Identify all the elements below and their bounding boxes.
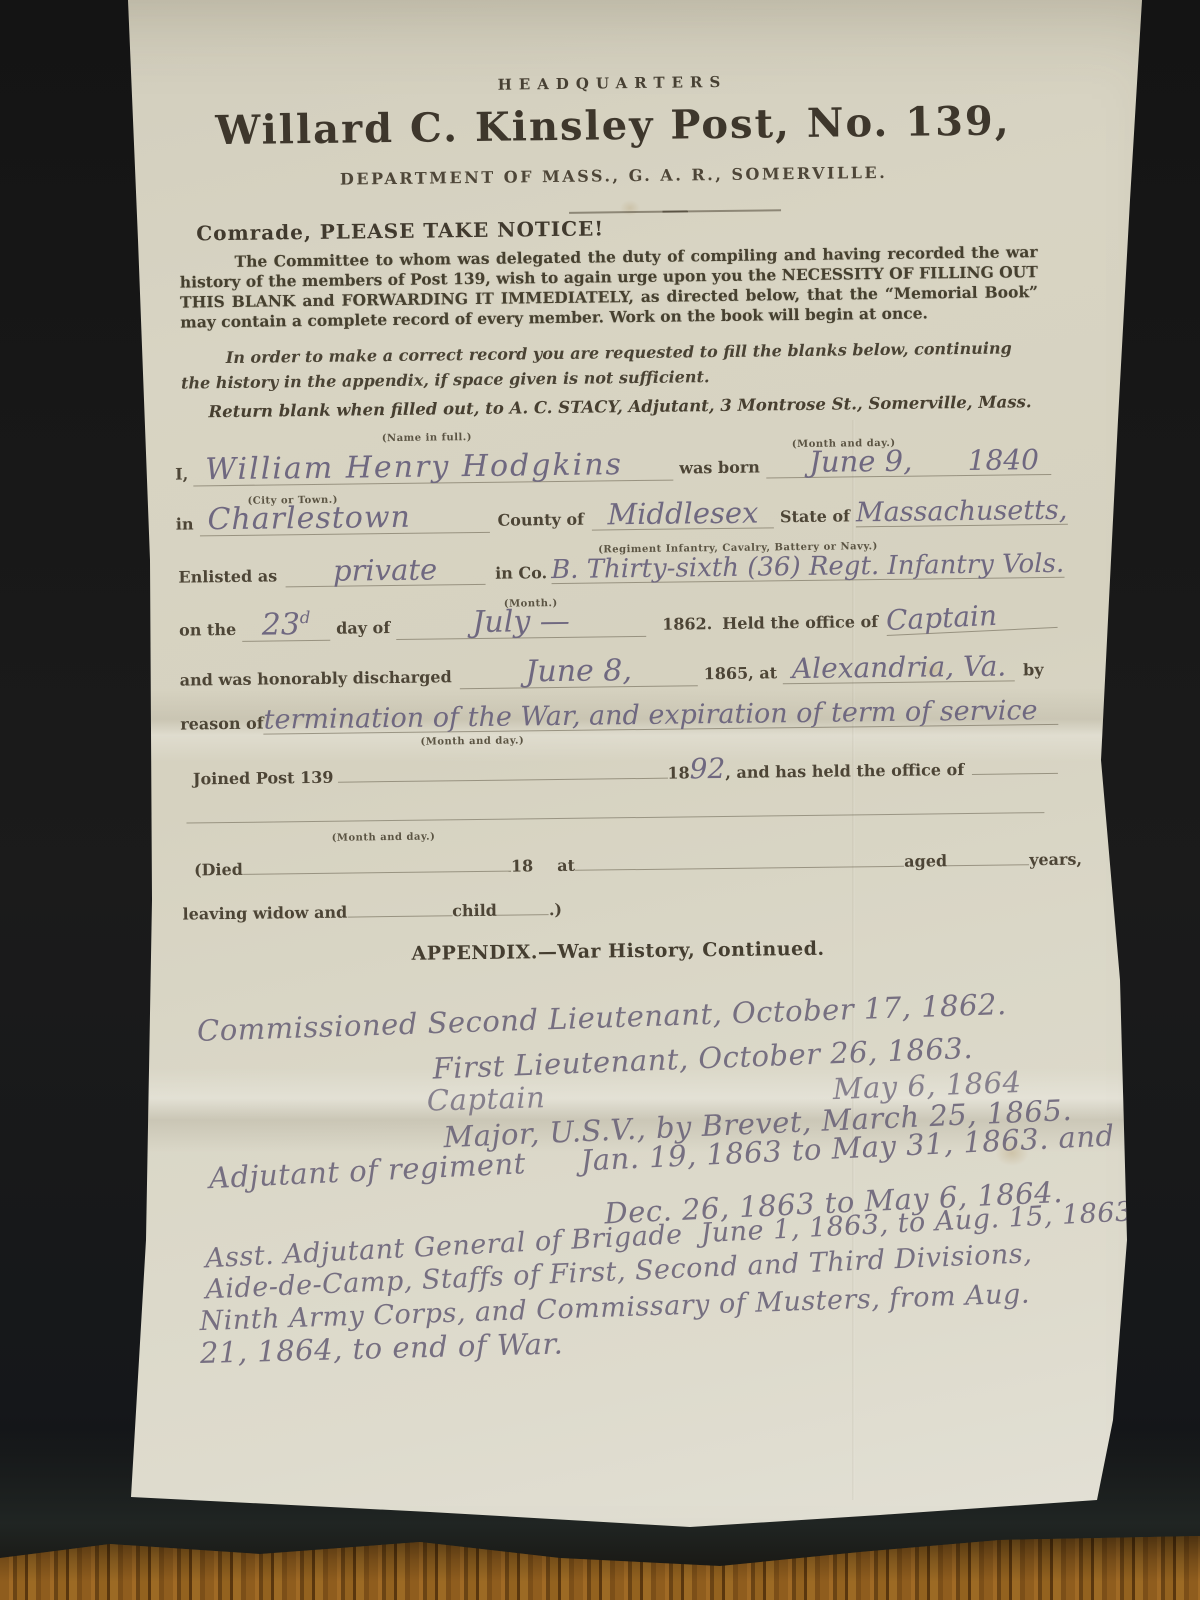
handwritten-day: 23d [242,610,330,642]
blank-child [497,898,549,916]
label-name-in-full: (Name in full.) [382,432,472,444]
document-paper: HEADQUARTERS Willard C. Kinsley Post, No… [0,0,1200,1600]
handwritten-joined-year: 92 [689,755,725,783]
label-month-and-day: (Month and day.) [420,735,524,747]
handwritten-reason: termination of the War, and expiration o… [263,697,1058,735]
field-row-residence: in Charlestown County of Middlesex State… [176,495,1056,537]
photo-of-document: HEADQUARTERS Willard C. Kinsley Post, No… [0,0,1200,1600]
field-row-discharge: and was honorably discharged June 8, 186… [179,651,1057,693]
handwritten-city: Charlestown [199,502,489,537]
label-month-and-day: (Month and day.) [332,832,436,844]
printed-died: (Died [194,860,243,880]
printed-held-office-of: , and has held the office of [725,760,964,782]
field-row-died: (Died 18 at aged years, [194,848,1082,880]
post-title: Willard C. Kinsley Post, No. 139, [143,97,1084,155]
blank-widow [347,899,452,917]
blank-joined-date [337,762,667,783]
appendix-line: Captain [426,1080,545,1117]
printed-i: I, [175,465,188,484]
printed-child: child [452,901,497,921]
printed-18: 18 [511,856,533,875]
printed-on-the: on the [179,620,236,640]
handwritten-state: Massachusetts, [856,497,1068,528]
printed-discharged: and was honorably discharged [180,667,452,689]
printed-at: at [557,856,575,875]
field-row-born: I, William Henry Hodgkins was born June … [175,445,1055,487]
printed-year-1862: 1862. [662,614,712,634]
notice-salutation: Comrade, PLEASE TAKE NOTICE! [196,216,604,245]
field-row-reason: reason of termination of the War, and ex… [180,697,1058,736]
blank-office-held [972,757,1058,775]
field-row-joined: Joined Post 139 18 92 , and has held the… [193,751,1058,790]
printed-18: 18 [667,763,689,782]
handwritten-birth-date: June 9, [766,446,956,478]
handwritten-birth-year: 1840 [956,446,1051,476]
appendix-heading: APPENDIX.—War History, Continued. [188,935,1048,968]
blank-death-place [575,850,904,871]
printed-was-born: was born [679,458,760,478]
document-content: HEADQUARTERS Willard C. Kinsley Post, No… [0,0,1200,1600]
handwritten-month: July — [396,606,646,640]
printed-in-co: in Co. [495,563,547,583]
printed-enlisted-as: Enlisted as [178,566,277,586]
field-row-enlisted: Enlisted as private in Co. B. Thirty-six… [178,548,1056,589]
printed-1865-at: 1865, at [704,663,778,683]
notice-body: The Committee to whom was delegated the … [179,242,1038,332]
handwritten-name: William Henry Hodgkins [193,450,673,487]
printed-county-of: County of [497,510,584,530]
blank-age [947,848,1029,866]
printed-leaving-widow: leaving widow and [182,903,347,924]
printed-joined-post: Joined Post 139 [193,768,334,789]
printed-in: in [176,514,194,533]
handwritten-county: Middlesex [592,498,774,530]
headquarters-heading: HEADQUARTERS [172,69,1052,98]
section-divider-rule [186,812,1044,823]
header-divider [569,209,781,214]
handwritten-unit: B. Thirty-sixth (36) Regt. Infantry Vols… [551,551,1064,584]
printed-close-paren: .) [549,900,562,919]
handwritten-office: Captain [885,599,1057,636]
printed-day-of: day of [336,618,390,638]
printed-years: years, [1029,850,1082,870]
return-instruction: Return blank when filled out, to A. C. S… [208,392,1066,421]
field-row-widow: leaving widow and child .) [182,896,682,923]
notice-instruction: In order to make a correct record you ar… [181,335,1040,395]
printed-held-office: Held the office of [722,612,878,633]
field-row-muster: on the 23d day of July — 1862. Held the … [179,601,1057,643]
handwritten-discharge-date: June 8, [459,655,697,689]
printed-state-of: State of [780,506,850,526]
handwritten-discharge-place: Alexandria, Va. [783,652,1015,684]
printed-reason-of: reason of [180,714,264,734]
printed-by: by [1023,660,1044,679]
blank-death-date [243,855,511,875]
printed-aged: aged [904,851,947,871]
handwritten-rank: private [285,555,485,587]
department-line: DEPARTMENT OF MASS., G. A. R., SOMERVILL… [174,161,1054,191]
